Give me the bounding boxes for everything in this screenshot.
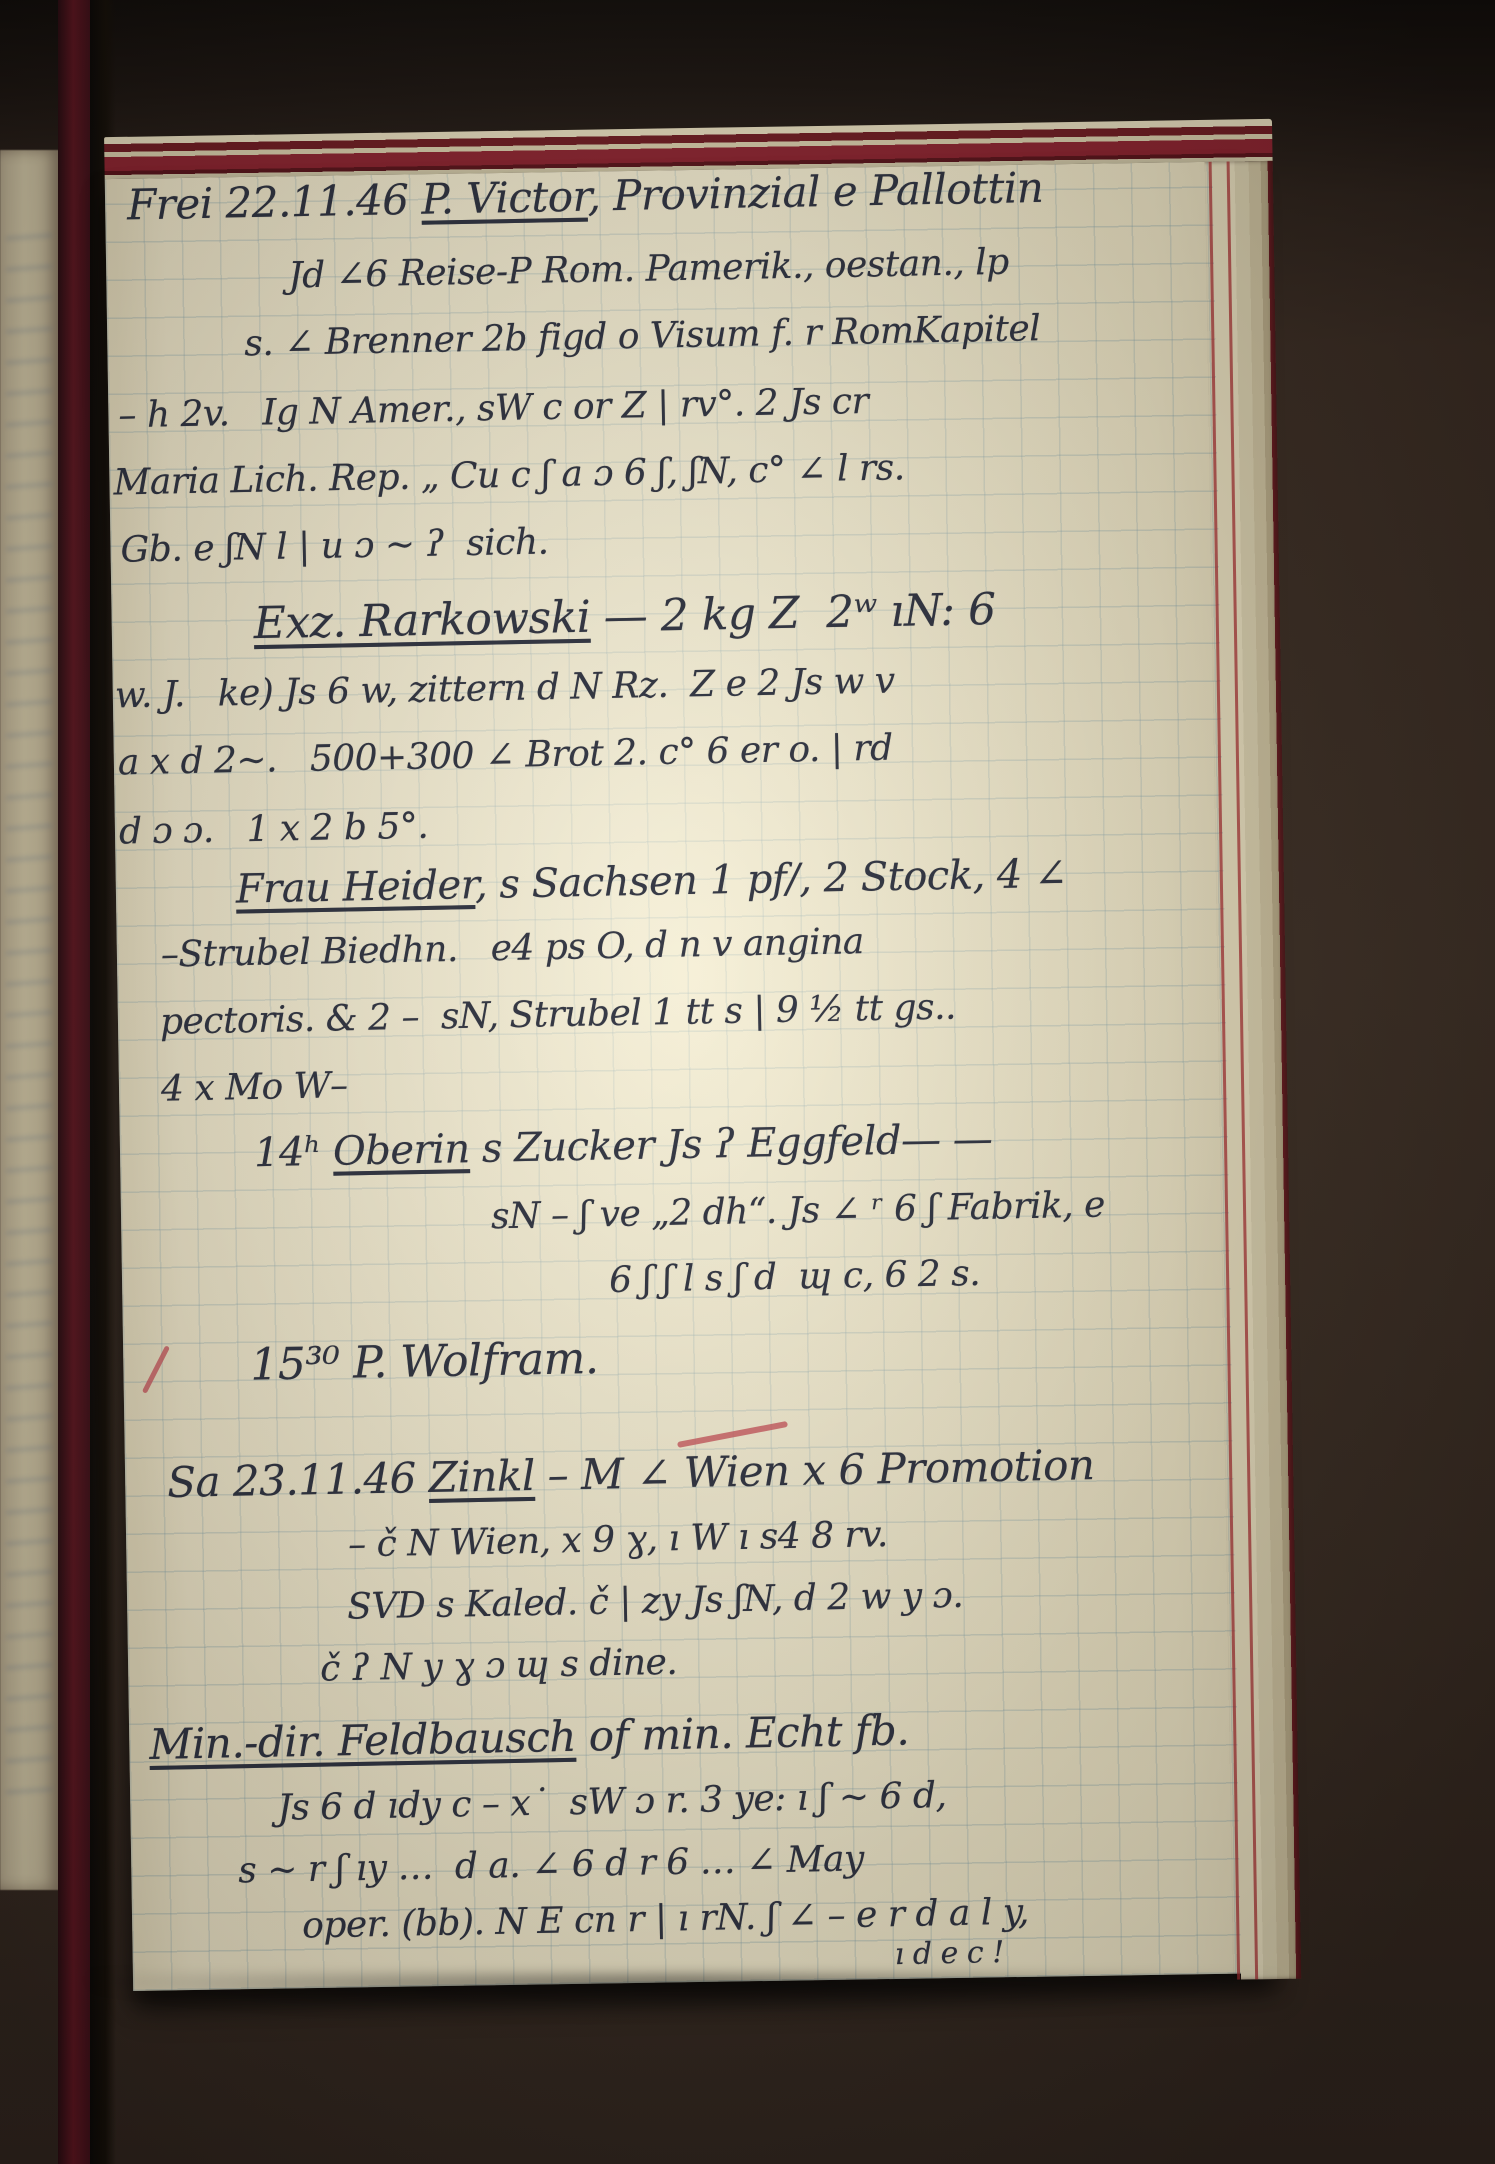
handwriting-text: –Strubel Biedhn. e4 ps O, d n v angina [161,921,865,975]
handwriting-text: sN – ʃ ve „2 dh“. Js ∠ ʳ 6 ʃ Fabrik, e [491,1185,1106,1238]
handwriting-line: 14ʰ Oberin s Zucker Js ʔ Eggfeld— — [254,1116,993,1176]
handwriting-line: – h 2v. Ig N Amer., sW c or Z | rv°. 2 J… [118,381,869,436]
handwriting-line: – č N Wien, x 9 ɣ, ı W ı s4 8 rv. [348,1514,888,1565]
underlined-name: Min.-dir. Feldbausch [149,1712,577,1769]
underlined-name: P. Victor [421,172,588,224]
handwriting-line: Sa 23.11.46 Zinkl – M ∠ Wien x 6 Promoti… [167,1440,1095,1507]
handwriting-area: Frei 22.11.46 P. Victor, Provinzial e Pa… [105,161,1273,1991]
handwriting-line: Jd ∠6 Reise-P Rom. Pamerik., oestan., lp [288,242,1009,297]
handwriting-line: 15³⁰ P. Wolfram. [250,1333,599,1391]
handwriting-line: 4 x Mo W– [161,1065,348,1110]
handwriting-line: Js 6 d ıdy c – x˙ sW ɔ r. 3 ye: ı ʃ ~ 6 … [277,1775,947,1829]
handwriting-text: – č N Wien, x 9 ɣ, ı W ı s4 8 rv. [348,1514,888,1565]
handwriting-line: ı d e c ! [894,1935,1004,1972]
handwriting-text: , Provinzial e Pallottin [587,163,1044,221]
handwriting-text: č ʔ N y ɣ ɔ ɰ s dine. [320,1642,678,1690]
handwriting-text: Gb. e ʃN l | u ɔ ~ ʔ sich. [120,521,549,570]
handwriting-text: SVD s Kaled. č | zy Js ʃN, d 2 w y ɔ. [347,1575,964,1628]
handwriting-text: d ɔ ɔ. 1 x 2 b 5°. [119,806,429,853]
handwriting-line: Min.-dir. Feldbausch of min. Echt fb. [149,1705,910,1769]
handwriting-line: Frau Heider, s Sachsen 1 pf/, 2 Stock, 4… [235,851,1067,913]
handwriting-text: Frei 22.11.46 [127,175,422,230]
red-check-mark [142,1345,170,1394]
underlined-name: Exz. Rarkowski [253,592,591,649]
photo-backdrop: Frei 22.11.46 P. Victor, Provinzial e Pa… [0,0,1495,2164]
handwriting-text: a x d 2~. 500+300 ∠ Brot 2. c° 6 er o. |… [118,728,893,784]
handwriting-line: Maria Lich. Rep. „ Cu c ʃ a ɔ 6 ʃ, ʃN, c… [113,447,905,503]
handwriting-text: – M ∠ Wien x 6 Promotion [534,1440,1095,1500]
handwriting-text: Sa 23.11.46 [167,1453,429,1507]
book-spine-cover [58,0,92,2164]
handwriting-text: w. J. ke) Js 6 w, zittern d N Rz. Z e 2 … [114,660,895,716]
handwriting-text: 15³⁰ P. Wolfram. [250,1333,599,1391]
handwriting-text: ı d e c ! [894,1935,1004,1972]
handwriting-line: –Strubel Biedhn. e4 ps O, d n v angina [161,921,865,975]
handwriting-text: , s Sachsen 1 pf/, 2 Stock, 4 ∠ [474,851,1067,908]
facing-page-edge [0,150,60,1890]
handwriting-text: — 2 kg Z 2ʷ ıN: 6 [590,584,996,643]
handwriting-line: 6 ʃ ʃ l s ʃ d ɰ c, 6 2 s. [609,1253,981,1301]
handwriting-text: – h 2v. Ig N Amer., sW c or Z | rv°. 2 J… [118,381,869,436]
handwriting-line: SVD s Kaled. č | zy Js ʃN, d 2 w y ɔ. [347,1575,964,1628]
handwriting-text: Jd ∠6 Reise-P Rom. Pamerik., oestan., lp [288,242,1009,297]
handwriting-line: a x d 2~. 500+300 ∠ Brot 2. c° 6 er o. |… [118,728,893,784]
handwriting-text: 14ʰ [254,1129,334,1177]
handwriting-line: s. ∠ Brenner 2b figd o Visum f. r RomKap… [244,308,1041,364]
handwriting-text: s. ∠ Brenner 2b figd o Visum f. r RomKap… [244,308,1041,364]
handwriting-text: pectoris. & 2 – sN, Strubel 1 tt s | 9 ½… [160,987,957,1043]
cast-shadow [90,1975,1280,2015]
underlined-name: Frau Heider [235,862,475,913]
handwriting-text: 6 ʃ ʃ l s ʃ d ɰ c, 6 2 s. [609,1253,981,1301]
handwriting-line: d ɔ ɔ. 1 x 2 b 5°. [119,806,429,853]
handwriting-text: Maria Lich. Rep. „ Cu c ʃ a ɔ 6 ʃ, ʃN, c… [113,447,905,503]
handwriting-line: s ~ r ʃ ıy … d a. ∠ 6 d r 6 … ∠ May [238,1838,864,1891]
underlined-name: Zinkl [428,1451,535,1502]
handwriting-text: s ~ r ʃ ıy … d a. ∠ 6 d r 6 … ∠ May [238,1838,864,1891]
red-underline-wolfram [677,1421,788,1448]
handwriting-text: Js 6 d ıdy c – x˙ sW ɔ r. 3 ye: ı ʃ ~ 6 … [277,1775,947,1829]
handwriting-line: sN – ʃ ve „2 dh“. Js ∠ ʳ 6 ʃ Fabrik, e [491,1185,1106,1238]
handwriting-line: Gb. e ʃN l | u ɔ ~ ʔ sich. [120,521,549,570]
handwriting-text: s Zucker Js ʔ Eggfeld— — [469,1116,992,1172]
handwriting-text: of min. Echt fb. [575,1705,909,1760]
handwriting-text: 4 x Mo W– [161,1065,348,1110]
handwriting-line: pectoris. & 2 – sN, Strubel 1 tt s | 9 ½… [160,987,957,1043]
notebook: Frei 22.11.46 P. Victor, Provinzial e Pa… [104,119,1301,2005]
red-edge-line [1227,161,1259,1979]
handwriting-line: w. J. ke) Js 6 w, zittern d N Rz. Z e 2 … [114,660,895,716]
handwriting-line: č ʔ N y ɣ ɔ ɰ s dine. [320,1642,678,1690]
handwriting-line: Exz. Rarkowski — 2 kg Z 2ʷ ıN: 6 [253,584,996,649]
underlined-name: Oberin [333,1126,471,1175]
